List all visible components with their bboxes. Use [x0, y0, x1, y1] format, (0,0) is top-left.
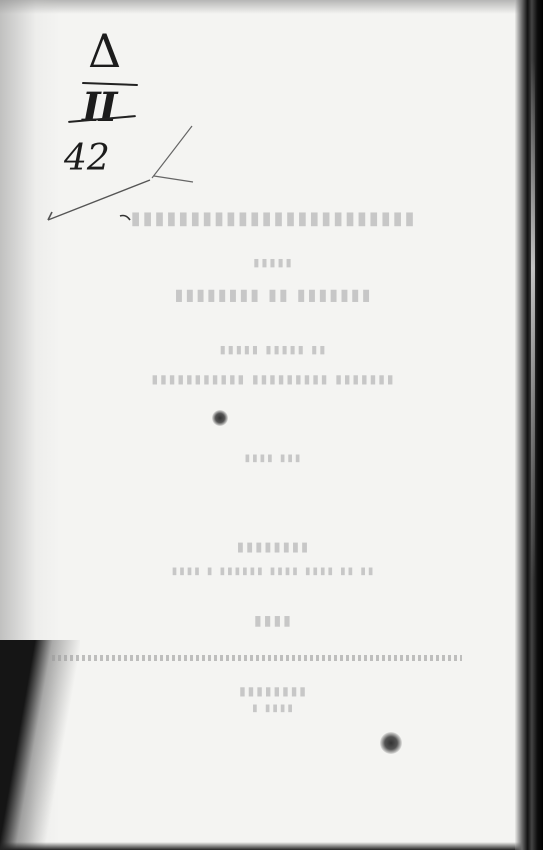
bleed-through-line: ▮▮▮▮▮▮▮ ▮▮ ▮▮▮▮▮▮▮▮	[0, 285, 543, 304]
bleed-through-line: ▮▮▮▮ ▮	[0, 703, 543, 714]
bleed-through-ornamental-rule	[52, 655, 462, 661]
page-corner-shadow	[0, 640, 80, 850]
scanned-page: ▮▮▮▮▮▮▮▮▮▮▮▮▮▮▮▮▮▮▮▮▮▮▮▮▮▮▮▮▮▮▮▮▮▮▮▮ ▮▮ …	[0, 0, 543, 850]
ink-blot	[380, 732, 402, 754]
bleed-through-line: ▮▮ ▮▮ ▮▮▮▮ ▮▮▮▮ ▮▮▮▮▮▮ ▮ ▮▮▮▮	[0, 566, 543, 577]
bleed-through-line: ▮▮▮▮▮▮▮▮	[0, 540, 543, 555]
spine-fold-highlight	[531, 60, 535, 580]
pencil-check-mark-icon	[40, 120, 200, 230]
book-spine-binding	[515, 0, 543, 850]
bleed-through-line: ▮▮▮ ▮▮▮▮	[0, 453, 543, 464]
bleed-through-line: ▮▮▮▮▮▮▮ ▮▮▮▮▮▮▮▮▮ ▮▮▮▮▮▮▮▮▮▮▮	[0, 372, 543, 386]
bleed-through-line: ▮▮ ▮▮▮▮▮ ▮▮▮▮▮	[0, 343, 543, 356]
ink-blot	[212, 410, 228, 426]
bleed-through-line: ▮▮▮▮▮▮▮▮	[0, 684, 543, 698]
bleed-through-line: ▮▮▮▮	[0, 613, 543, 629]
bleed-through-line: ▮▮▮▮▮	[0, 256, 543, 269]
page-bottom-edge	[0, 842, 543, 850]
shelfmark-delta: Δ	[88, 24, 121, 78]
page-top-edge	[0, 0, 543, 14]
